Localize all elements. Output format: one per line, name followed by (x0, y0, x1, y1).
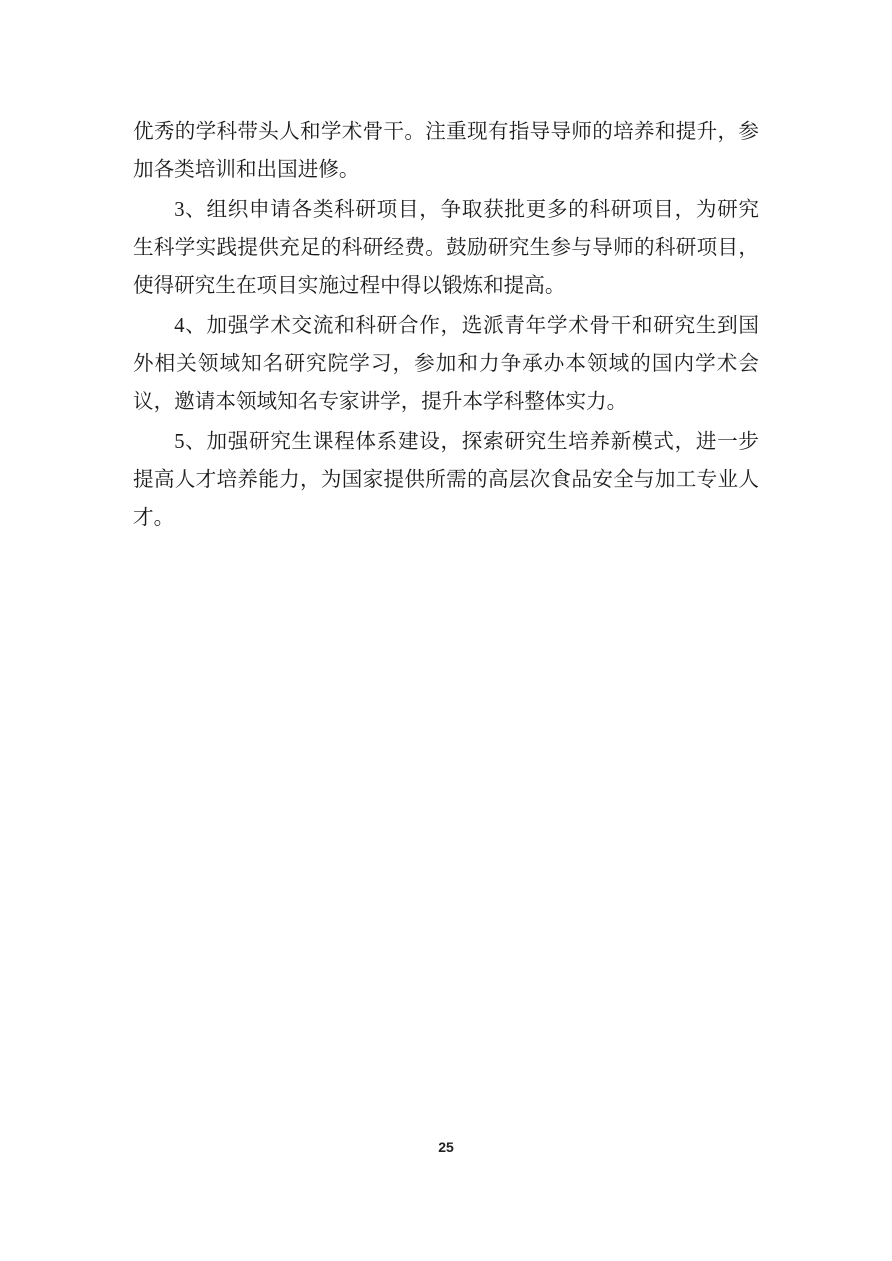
page-number: 25 (438, 1139, 454, 1155)
page-footer: 25 (0, 1139, 892, 1157)
paragraph-item-3: 3、组织申请各类科研项目，争取获批更多的科研项目，为研究生科学实践提供充足的科研… (133, 191, 759, 305)
document-page: 优秀的学科带头人和学术骨干。注重现有指导导师的培养和提升，参加各类培训和出国进修… (0, 0, 892, 1261)
paragraph-item-5: 5、加强研究生课程体系建设，探索研究生培养新模式，进一步提高人才培养能力，为国家… (133, 423, 759, 537)
paragraph-continuation: 优秀的学科带头人和学术骨干。注重现有指导导师的培养和提升，参加各类培训和出国进修… (133, 113, 759, 189)
paragraph-item-4: 4、加强学术交流和科研合作，选派青年学术骨干和研究生到国外相关领域知名研究院学习… (133, 307, 759, 421)
document-body: 优秀的学科带头人和学术骨干。注重现有指导导师的培养和提升，参加各类培训和出国进修… (133, 113, 759, 539)
